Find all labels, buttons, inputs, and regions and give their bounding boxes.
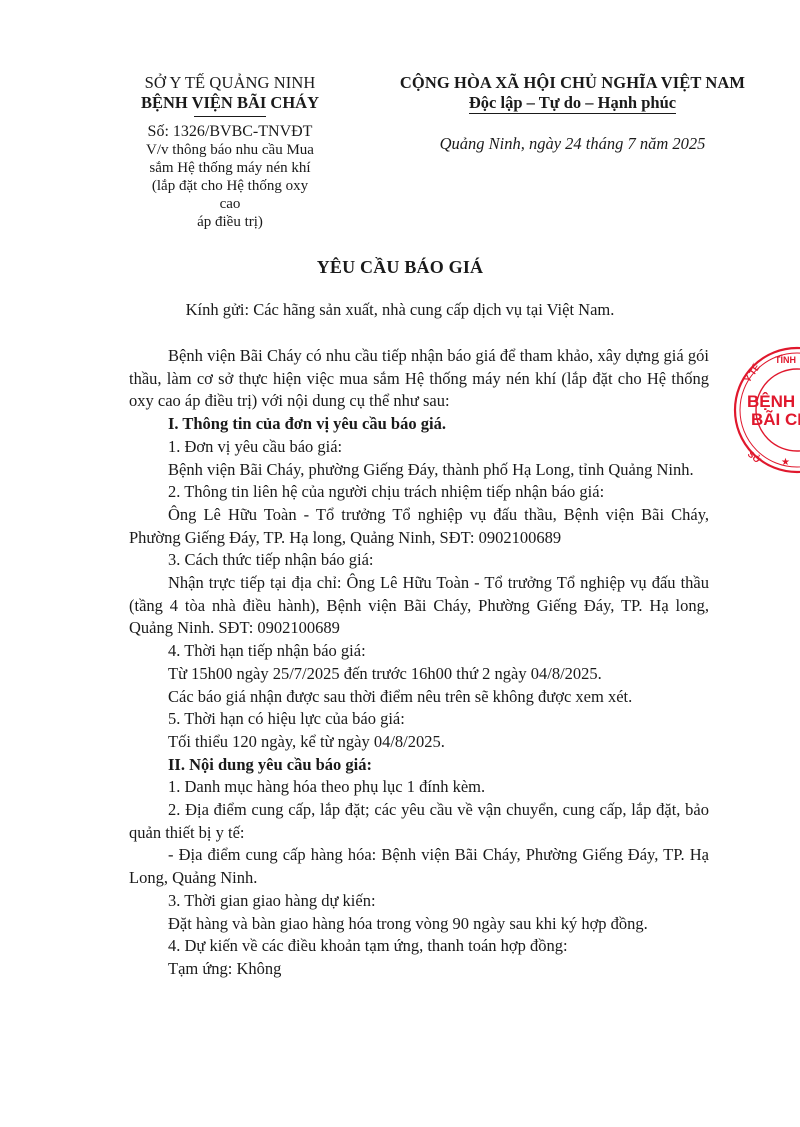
section-1-item-5-label: 5. Thời hạn có hiệu lực của báo giá:	[129, 708, 709, 731]
section-2-item-2-label: 2. Địa điểm cung cấp, lắp đặt; các yêu c…	[129, 799, 709, 844]
national-motto: Độc lập – Tự do – Hạnh phúc	[469, 93, 676, 114]
stamp-bottom-text: SỞ	[746, 448, 764, 465]
section-1-item-1-value: Bệnh viện Bãi Cháy, phường Giếng Đáy, th…	[129, 459, 709, 482]
agency-name: SỞ Y TẾ QUẢNG NINH	[110, 73, 350, 93]
section-2-item-3-label: 3. Thời gian giao hàng dự kiến:	[129, 890, 709, 913]
subject-line: (lắp đặt cho Hệ thống oxy cao	[140, 177, 320, 213]
document-body: Bệnh viện Bãi Cháy có nhu cầu tiếp nhận …	[129, 345, 709, 981]
intro-paragraph: Bệnh viện Bãi Cháy có nhu cầu tiếp nhận …	[129, 345, 709, 413]
section-1-item-1-label: 1. Đơn vị yêu cầu báo giá:	[129, 436, 709, 459]
section-2-item-4-value: Tạm ứng: Không	[129, 958, 709, 981]
subject-line: sắm Hệ thống máy nén khí	[140, 159, 320, 177]
stamp-center-line-1: BỆNH V	[747, 392, 800, 411]
subject-line: áp điều trị)	[140, 213, 320, 231]
national-title: CỘNG HÒA XÃ HỘI CHỦ NGHĨA VIỆT NAM	[350, 73, 795, 93]
place-date: Quảng Ninh, ngày 24 tháng 7 năm 2025	[350, 134, 795, 154]
subject-line: V/v thông báo nhu cầu Mua	[140, 141, 320, 159]
section-1-item-4-note: Các báo giá nhận được sau thời điểm nêu …	[129, 686, 709, 709]
stamp-center-line-2: BÃI CH	[751, 409, 800, 429]
section-2-item-2-value: - Địa điểm cung cấp hàng hóa: Bệnh viện …	[129, 844, 709, 889]
section-1-item-5-value: Tối thiểu 120 ngày, kể từ ngày 04/8/2025…	[129, 731, 709, 754]
section-1-heading: I. Thông tin của đơn vị yêu cầu báo giá.	[129, 413, 709, 436]
header-rule	[194, 116, 266, 117]
stamp-top-text: TỈNH	[775, 354, 796, 365]
section-2-item-4-label: 4. Dự kiến về các điều khoản tạm ứng, th…	[129, 935, 709, 958]
document-page: SỞ Y TẾ QUẢNG NINH BỆNH VIỆN BÃI CHÁY Số…	[0, 0, 800, 1127]
section-1-item-3-label: 3. Cách thức tiếp nhận báo giá:	[129, 549, 709, 572]
section-2-item-3-value: Đặt hàng và bàn giao hàng hóa trong vòng…	[129, 913, 709, 936]
section-1-item-4-value: Từ 15h00 ngày 25/7/2025 đến trước 16h00 …	[129, 663, 709, 686]
stamp-side-text: Y TẾ	[742, 362, 762, 384]
organization-name: BỆNH VIỆN BÃI CHÁY	[110, 93, 350, 113]
official-seal-stamp: TỈNH Y TẾ SỞ ★ BỆNH V BÃI CH	[732, 345, 800, 475]
header-left: SỞ Y TẾ QUẢNG NINH BỆNH VIỆN BÃI CHÁY Số…	[110, 73, 350, 231]
header-right: CỘNG HÒA XÃ HỘI CHỦ NGHĨA VIỆT NAM Độc l…	[350, 73, 795, 154]
section-2-item-1: 1. Danh mục hàng hóa theo phụ lục 1 đính…	[129, 776, 709, 799]
document-subject: V/v thông báo nhu cầu Mua sắm Hệ thống m…	[140, 141, 320, 231]
document-number: Số: 1326/BVBC-TNVĐT	[110, 122, 350, 141]
section-2-heading: II. Nội dung yêu cầu báo giá:	[129, 754, 709, 777]
recipient-line: Kính gửi: Các hãng sản xuất, nhà cung cấ…	[0, 300, 800, 320]
section-1-item-2-value: Ông Lê Hữu Toàn - Tổ trưởng Tổ nghiệp vụ…	[129, 504, 709, 549]
section-1-item-2-label: 2. Thông tin liên hệ của người chịu trác…	[129, 481, 709, 504]
section-1-item-3-value: Nhận trực tiếp tại địa chỉ: Ông Lê Hữu T…	[129, 572, 709, 640]
star-icon: ★	[781, 457, 790, 468]
document-title: YÊU CẦU BÁO GIÁ	[0, 257, 800, 278]
section-1-item-4-label: 4. Thời hạn tiếp nhận báo giá:	[129, 640, 709, 663]
